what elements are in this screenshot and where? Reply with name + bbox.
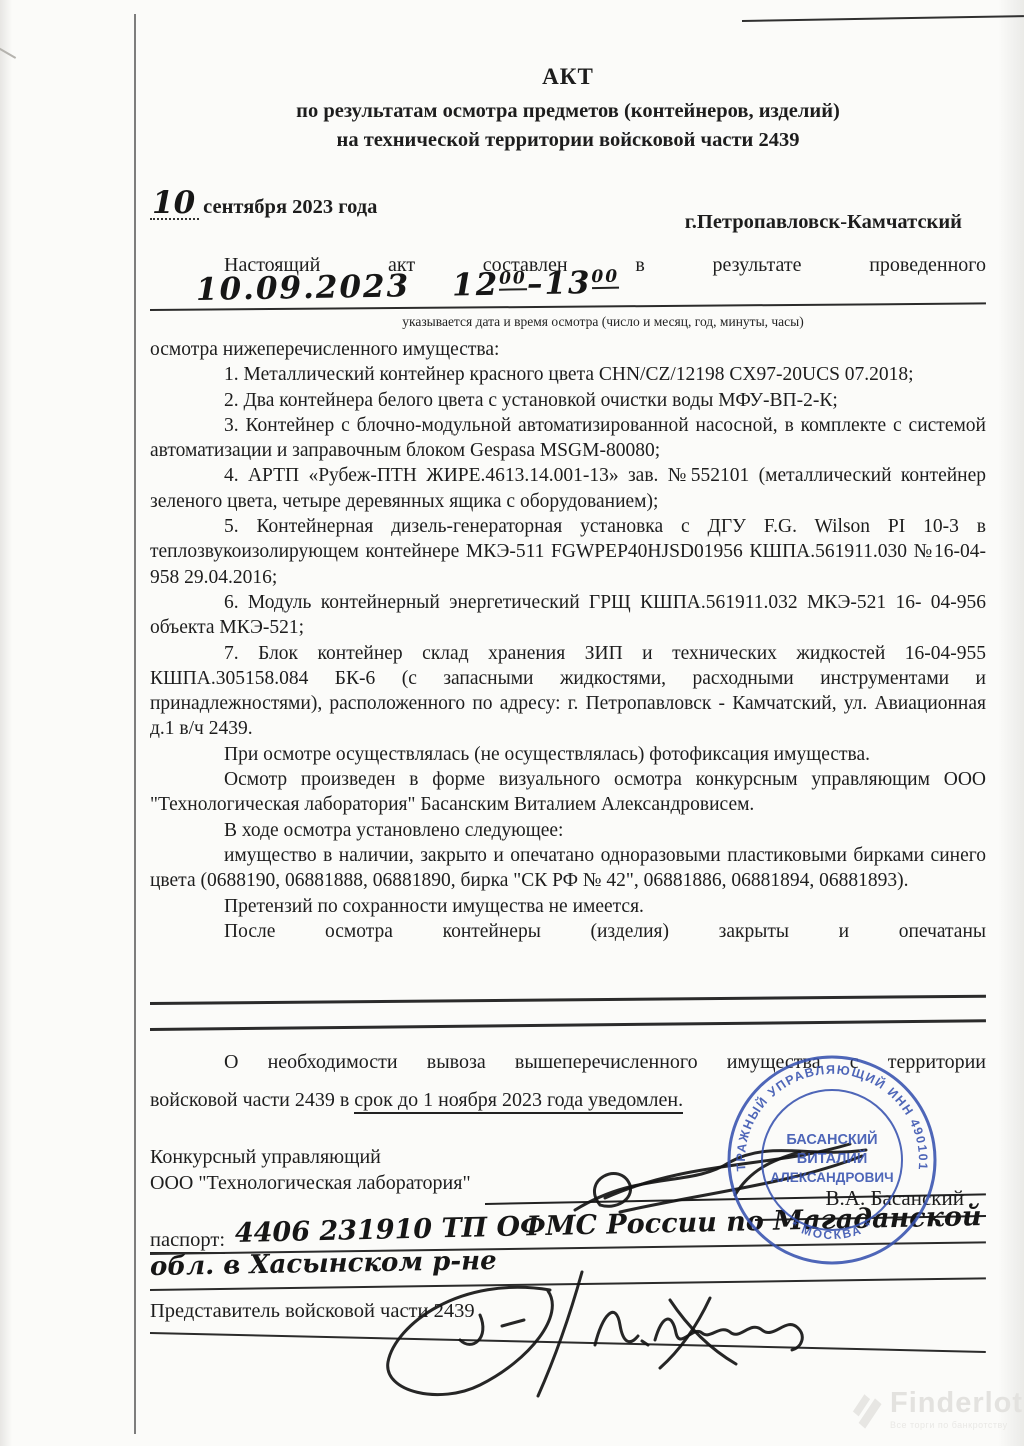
- list-item-5: 5. Контейнерная дизель-генераторная уста…: [150, 514, 986, 590]
- list-item-7: 7. Блок контейнер склад хранения ЗИП и т…: [150, 641, 986, 742]
- scanned-document-page: АКТ по результатам осмотра предметов (ко…: [0, 0, 1024, 1446]
- fill-in-caption: указывается дата и время осмотра (число …: [150, 314, 986, 330]
- finderlot-watermark: Finderlot Все торги по банкротству: [848, 1384, 1023, 1434]
- handwritten-day: 10: [150, 188, 199, 220]
- watermark-text: Finderlot Все торги по банкротству: [890, 1389, 1023, 1430]
- containers-closed-line: После осмотра контейнеры (изделия) закры…: [150, 919, 986, 944]
- list-item-4: 4. АРТП «Рубеж-ПТН ЖИРЕ.4613.14.001-13» …: [150, 463, 986, 514]
- scan-vertical-line: [134, 14, 136, 1434]
- svg-text:* МОСКВА *: * МОСКВА *: [788, 1218, 875, 1243]
- handwritten-time-to: 13: [544, 265, 592, 302]
- property-status-line: имущество в наличии, закрыто и опечатано…: [150, 843, 986, 894]
- handwritten-sup-to: 00: [591, 266, 619, 288]
- list-item-1: 1. Металлический контейнер красного цвет…: [150, 362, 986, 387]
- document-content: АКТ по результатам осмотра предметов (ко…: [150, 0, 986, 1446]
- handwritten-datetime: 10.09.20231200–1300: [196, 265, 620, 308]
- date-text: сентября 2023 года: [203, 196, 377, 218]
- round-stamp: АРБИТРАЖНЫЙ УПРАВЛЯЮЩИЙ ИНН 49010113708 …: [720, 1048, 944, 1272]
- handwritten-sup-from: 00: [499, 268, 527, 290]
- claims-line: Претензий по сохранности имущества не им…: [150, 894, 986, 919]
- body-text: осмотра нижеперечисленного имущества: 1.…: [150, 337, 986, 944]
- city-name: г.Петропавловск-Камчатский: [685, 211, 962, 234]
- stamp-name-line-2: ВИТАЛИЙ: [797, 1149, 868, 1167]
- date-group: 10сентября 2023 года: [150, 188, 377, 220]
- list-item-3: 3. Контейнер с блочно-модульной автомати…: [150, 413, 986, 464]
- stamp-bottom-text: * МОСКВА *: [788, 1218, 875, 1243]
- established-line: В ходе осмотра установлено следующее:: [150, 818, 986, 843]
- scan-edge-right: [998, 0, 1024, 1446]
- document-title: АКТ: [150, 64, 986, 90]
- inspection-form-line: Осмотр произведен в форме визуального ос…: [150, 767, 986, 818]
- handwritten-date: 10.09.2023: [196, 268, 411, 308]
- handwritten-dash: –: [527, 266, 545, 302]
- scan-edge-left: [0, 0, 12, 1446]
- handwritten-time-from: 12: [452, 267, 500, 304]
- document-subtitle-2: на технической территории войсковой част…: [150, 126, 986, 155]
- document-header: АКТ по результатам осмотра предметов (ко…: [150, 64, 986, 155]
- list-item-2: 2. Два контейнера белого цвета с установ…: [150, 388, 986, 413]
- finderlot-logo-icon: [848, 1384, 884, 1434]
- signature-representative: [388, 1272, 803, 1396]
- body-continuation: осмотра нижеперечисленного имущества:: [150, 337, 986, 362]
- date-city-row: 10сентября 2023 года г.Петропавловск-Кам…: [150, 188, 986, 220]
- divider-rule-2: [150, 1019, 986, 1031]
- document-subtitle-1: по результатам осмотра предметов (контей…: [150, 97, 986, 126]
- stamp-name-line-3: АЛЕКСАНДРОВИЧ: [770, 1170, 893, 1185]
- photo-fixation-line: При осмотре осуществлялась (не осуществл…: [150, 742, 986, 767]
- list-item-6: 6. Модуль контейнерный энергетический ГР…: [150, 590, 986, 641]
- watermark-tagline: Все торги по банкротству: [890, 1421, 1023, 1430]
- watermark-brand: Finderlot: [890, 1389, 1023, 1418]
- stamp-name-line-1: БАСАНСКИЙ: [786, 1130, 877, 1148]
- divider-rule-1: [150, 995, 986, 1005]
